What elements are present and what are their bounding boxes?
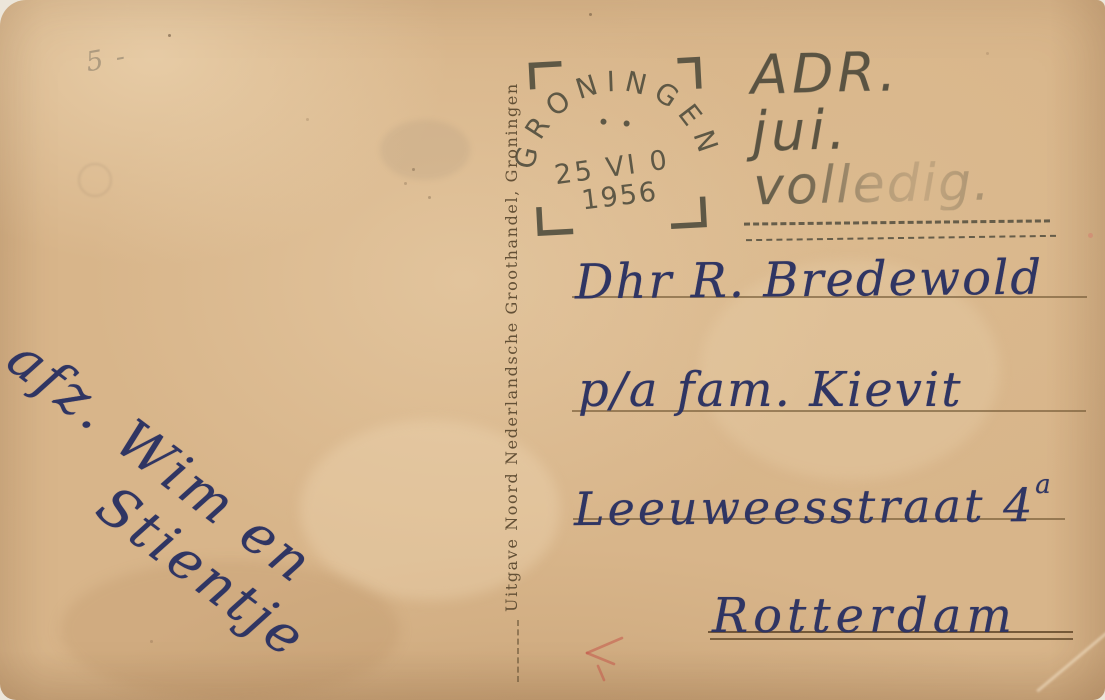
postmark-dots: [600, 117, 629, 128]
red-pencil-mark: [578, 626, 630, 684]
slogan-underline-top: [744, 219, 1050, 225]
slogan-line-1: ADR.: [750, 41, 1081, 103]
slogan-line-2: jui.: [751, 98, 1082, 160]
publisher-imprint: Uitgave Noord Nederlandsche Groothandel,…: [502, 114, 521, 612]
paper-crease: [1036, 607, 1105, 693]
divider-dashed-line: [517, 620, 519, 682]
postcard-back: 5 - GRONINGEN: [0, 0, 1105, 700]
address-care-of: p/a fam. Kievit: [578, 362, 963, 418]
pencil-note: 5 -: [84, 41, 130, 79]
paper-smudge: [380, 120, 470, 180]
address-street: Leeuweesstraat 4a: [574, 470, 1051, 536]
slogan-underline-bottom: [746, 235, 1056, 241]
address-house-suffix: a: [1035, 470, 1051, 500]
address-street-text: Leeuweesstraat 4: [574, 478, 1036, 536]
postmark-slogan: ADR. jui. volledig.: [750, 41, 1083, 215]
paper-ring-mark: [78, 163, 112, 197]
paper-specks: [0, 0, 3, 3]
address-recipient: Dhr R. Bredewold: [575, 250, 1044, 311]
sender-note: afz. Wim en Stientje: [0, 326, 358, 672]
postmark-stamp: GRONINGEN 25 VI 0 1956: [500, 40, 730, 255]
address-city: Rotterdam: [712, 588, 1017, 644]
slogan-line-3: volledig.: [753, 155, 1084, 215]
postcard-scan: 5 - GRONINGEN: [0, 0, 1105, 700]
